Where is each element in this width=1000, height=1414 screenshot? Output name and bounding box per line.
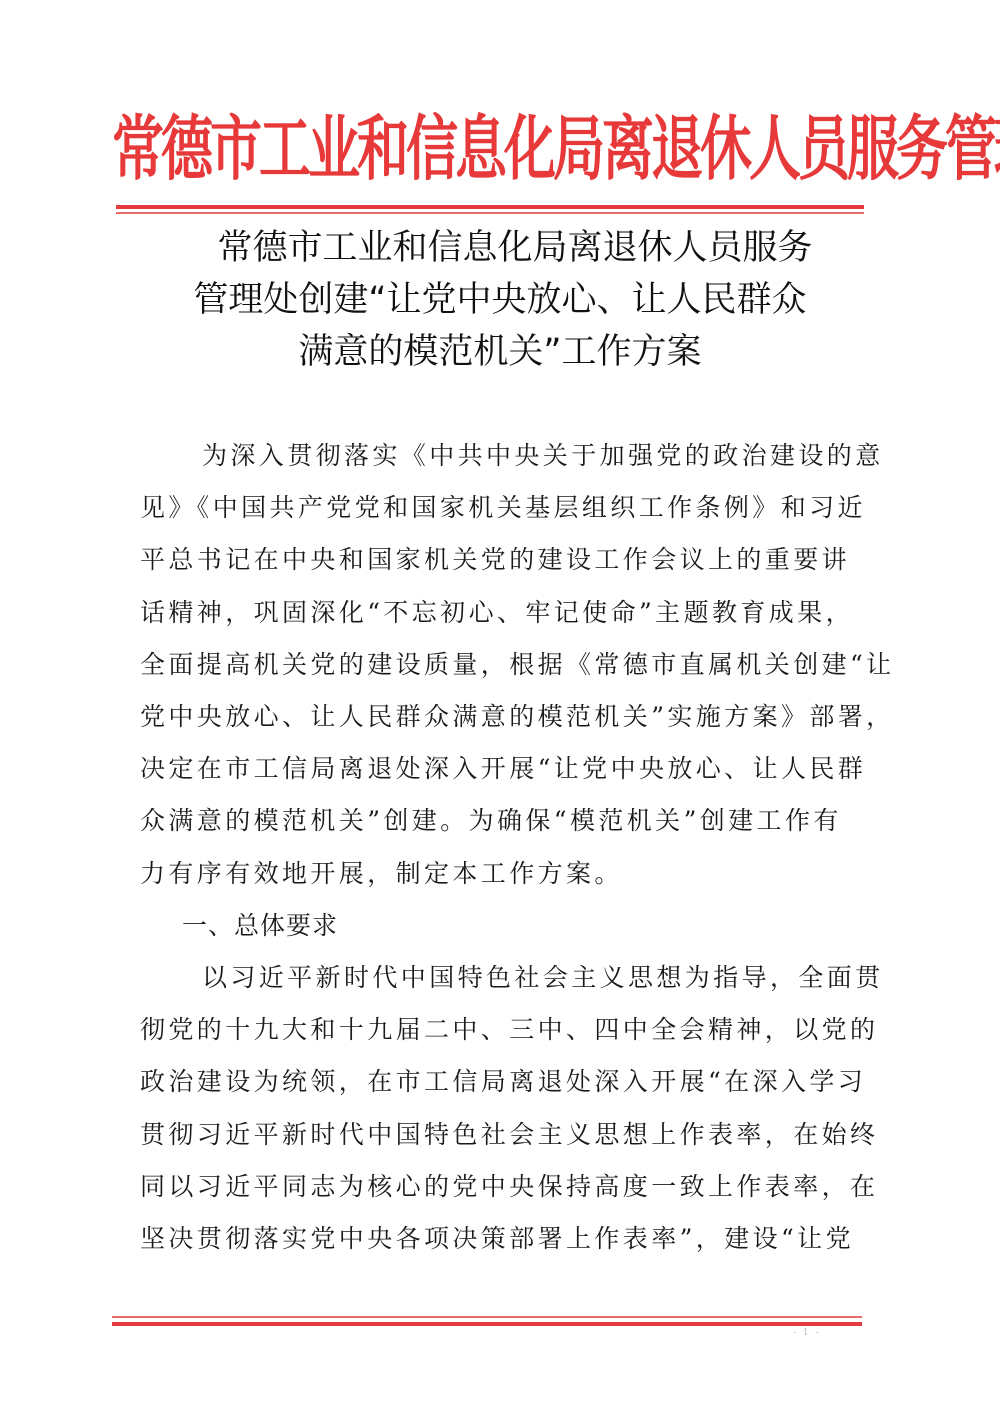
document-body: 为深入贯彻落实《中共中央关于加强党的政治建设的意 见》《中国共产党党和国家机关基… <box>140 430 840 1265</box>
text-line: 坚决贯彻落实党中央各项决策部署上作表率”，建设“让党 <box>140 1213 840 1265</box>
paragraph-intro: 为深入贯彻落实《中共中央关于加强党的政治建设的意 见》《中国共产党党和国家机关基… <box>140 430 840 900</box>
text-line: 决定在市工信局离退处深入开展“让党中央放心、让人民群 <box>140 743 840 795</box>
title-line: 满意的模范机关”工作方案 <box>150 326 850 378</box>
text-line: 党中央放心、让人民群众满意的模范机关”实施方案》部署， <box>140 691 840 743</box>
text-line: 全面提高机关党的建设质量，根据《常德市直属机关创建“让 <box>140 639 840 691</box>
document-title: 常德市工业和信息化局离退休人员服务 管理处创建“让党中央放心、让人民群众 满意的… <box>150 222 850 378</box>
text-line: 众满意的模范机关”创建。为确保“模范机关”创建工作有 <box>140 795 840 847</box>
title-line: 常德市工业和信息化局离退休人员服务 <box>150 222 850 274</box>
document-masthead: 常德市工业和信息化局离退休人员服务管理处 <box>112 83 872 218</box>
section-heading: 一、总体要求 <box>140 900 840 952</box>
text-line: 政治建设为统领，在市工信局离退处深入开展“在深入学习 <box>140 1056 840 1108</box>
text-line: 以习近平新时代中国特色社会主义思想为指导，全面贯 <box>140 952 840 1004</box>
title-line: 管理处创建“让党中央放心、让人民群众 <box>150 274 850 326</box>
text-line: 彻党的十九大和十九届二中、三中、四中全会精神，以党的 <box>140 1004 840 1056</box>
text-line: 见》《中国共产党党和国家机关基层组织工作条例》和习近 <box>140 482 840 534</box>
footer-thick-rule <box>112 1322 862 1326</box>
text-line: 贯彻习近平新时代中国特色社会主义思想上作表率，在始终 <box>140 1109 840 1161</box>
page-number: - 1 - <box>793 1328 821 1338</box>
text-line: 同以习近平同志为核心的党中央保持高度一致上作表率，在 <box>140 1161 840 1213</box>
footer-thin-rule <box>112 1316 862 1318</box>
text-line: 为深入贯彻落实《中共中央关于加强党的政治建设的意 <box>140 430 840 482</box>
paragraph-general-requirements: 以习近平新时代中国特色社会主义思想为指导，全面贯 彻党的十九大和十九届二中、三中… <box>140 952 840 1265</box>
masthead-thin-rule <box>116 212 864 214</box>
text-line: 平总书记在中央和国家机关党的建设工作会议上的重要讲 <box>140 534 840 586</box>
text-line: 话精神，巩固深化“不忘初心、牢记使命”主题教育成果， <box>140 587 840 639</box>
masthead-thick-rule <box>116 205 864 209</box>
text-line: 力有序有效地开展，制定本工作方案。 <box>140 848 840 900</box>
